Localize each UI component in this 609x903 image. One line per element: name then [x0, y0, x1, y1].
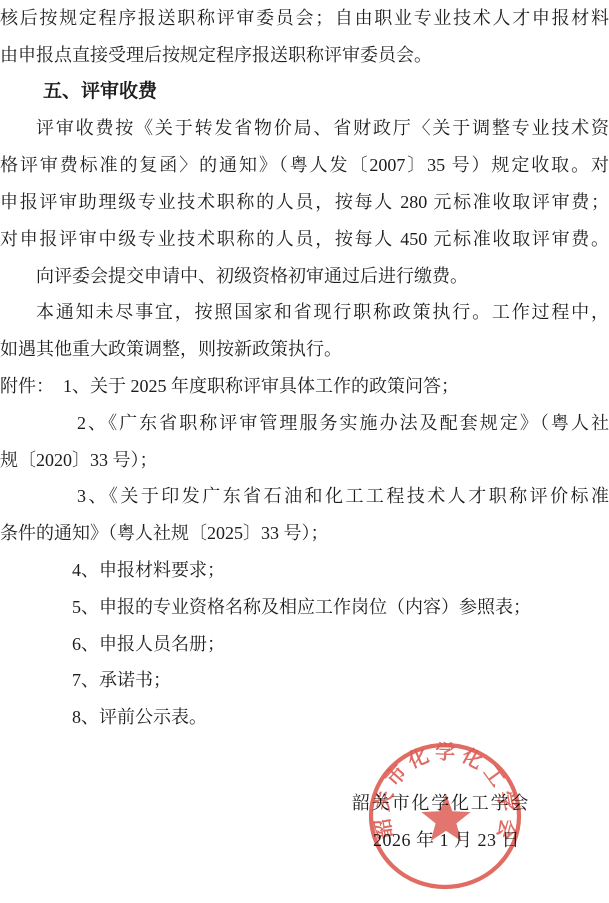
- attachment-item: 3、《关于印发广东省石油和化工工程技术人才职称评价标准: [0, 478, 609, 515]
- seal-star: [421, 794, 470, 841]
- attachment-item: 5、申报的专业资格名称及相应工作岗位（内容）参照表；: [0, 589, 609, 626]
- body-line: 核后按规定程序报送职称评审委员会；自由职业专业技术人才申报材料: [0, 0, 609, 37]
- attachment-item: 6、申报人员名册；: [0, 626, 609, 663]
- body-line: 向评委会提交申请中、初级资格初审通过后进行缴费。: [0, 258, 609, 295]
- attachment-item: 7、承诺书；: [0, 662, 609, 699]
- attachment-item: 2、《广东省职称评审管理服务实施办法及配套规定》（粤人社: [0, 405, 609, 442]
- body-line: 本通知未尽事宜，按照国家和省现行职称政策执行。工作过程中，: [0, 294, 609, 331]
- document-page: 核后按规定程序报送职称评审委员会；自由职业专业技术人才申报材料 由申报点直接受理…: [0, 0, 609, 903]
- body-line: 由申报点直接受理后按规定程序报送职称评审委员会。: [0, 37, 609, 74]
- body-line: 格评审费标准的复函〉的通知》（粤人发〔2007〕35 号）规定收取。对: [0, 147, 609, 184]
- body-line: 对申报评审中级专业技术职称的人员，按每人 450 元标准收取评审费。: [0, 221, 609, 258]
- body-line: 如遇其他重大政策调整，则按新政策执行。: [0, 331, 609, 368]
- attachment-item: 4、申报材料要求；: [0, 552, 609, 589]
- body-line: 申报评审助理级专业技术职称的人员，按每人 280 元标准收取评审费；: [0, 184, 609, 221]
- attachment-item-continuation: 条件的通知》（粤人社规〔2025〕33 号）；: [0, 515, 609, 552]
- section-heading-fees: 五、评审收费: [0, 74, 609, 111]
- body-line: 评审收费按《关于转发省物价局、省财政厅〈关于调整专业技术资: [0, 110, 609, 147]
- attachment-item-continuation: 规〔2020〕33 号）；: [0, 442, 609, 479]
- attachments-label-and-item-1: 附件： 1、关于 2025 年度职称评审具体工作的政策问答；: [0, 368, 609, 405]
- official-seal: 韶关市化学化工学会: [366, 741, 524, 893]
- attachment-item: 8、评前公示表。: [0, 699, 609, 736]
- document-body: 核后按规定程序报送职称评审委员会；自由职业专业技术人才申报材料 由申报点直接受理…: [0, 0, 609, 859]
